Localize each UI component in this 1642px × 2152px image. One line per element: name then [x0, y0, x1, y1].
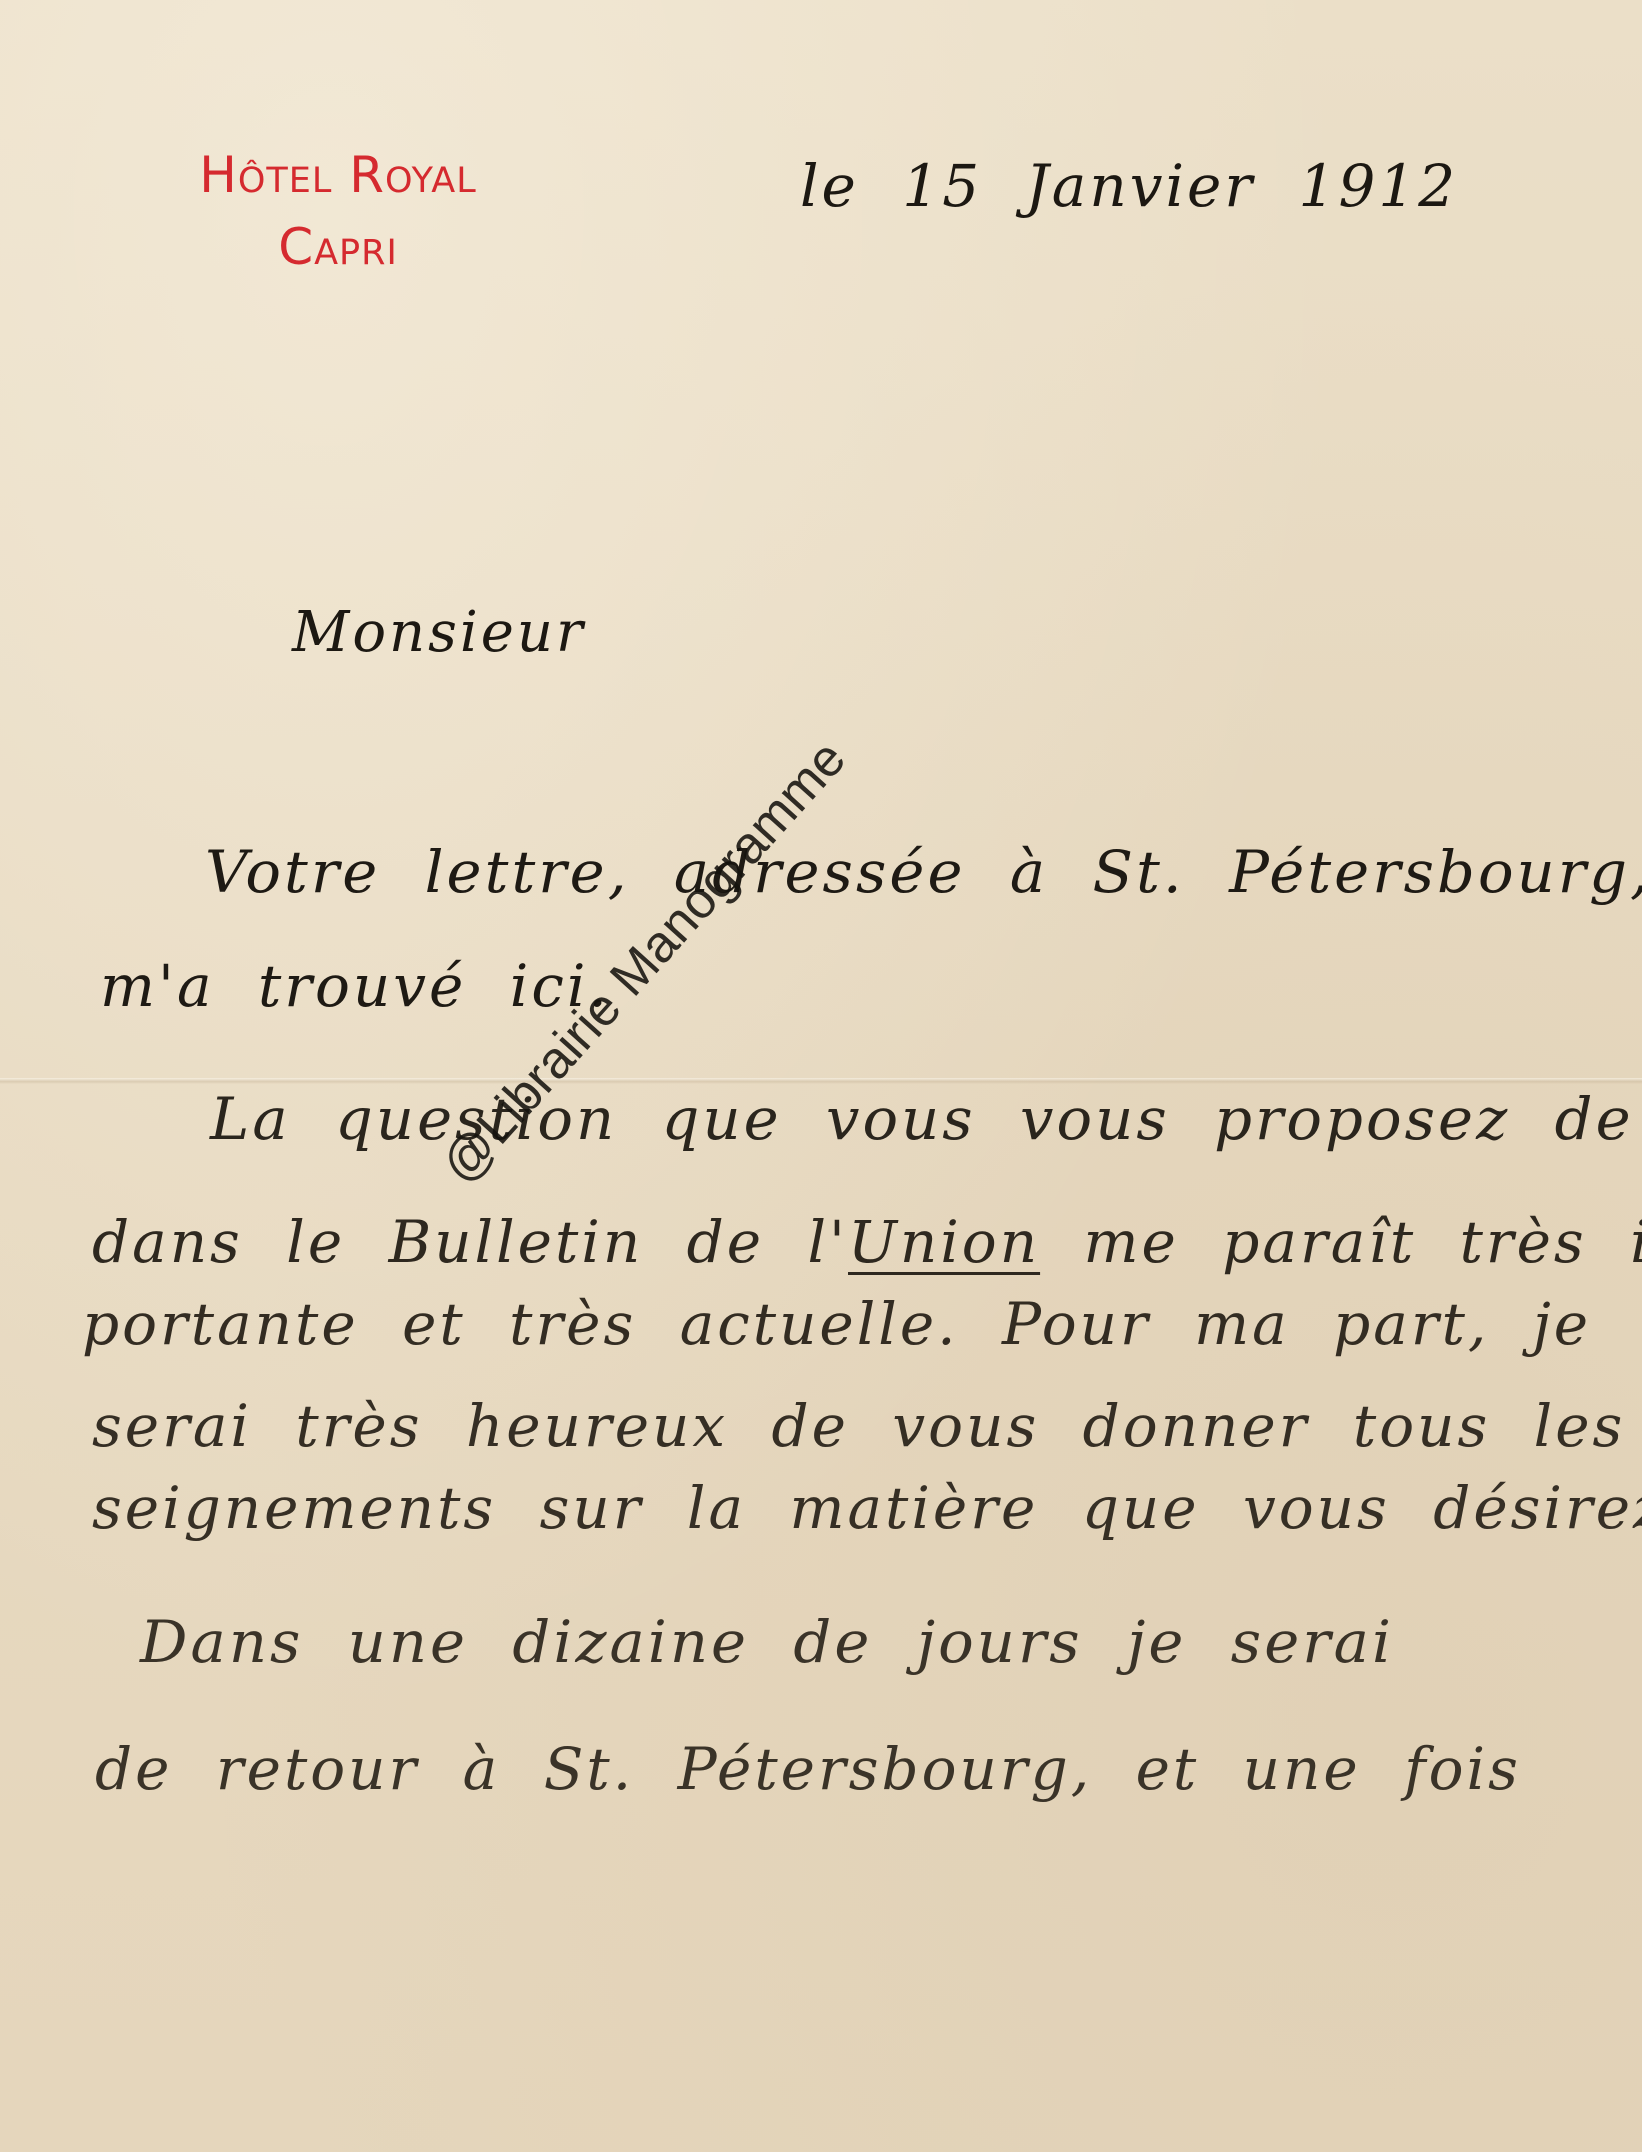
underlined-word: Union: [848, 1208, 1040, 1276]
body-line: portante et très actuelle. Pour ma part,…: [82, 1290, 1591, 1358]
letter-salutation: Monsieur: [292, 600, 586, 665]
letterhead-hotel-name: Hôtel Royal: [118, 150, 558, 200]
body-line: dans le Bulletin de l'Union me paraît tr…: [92, 1208, 1642, 1276]
paper-fold-line: [0, 1078, 1642, 1084]
body-line: Votre lettre, adressée à St. Pétersbourg…: [205, 838, 1642, 906]
body-line: de retour à St. Pétersbourg, et une fois: [95, 1735, 1521, 1803]
body-line: seignements sur la matière que vous dési…: [92, 1474, 1642, 1542]
hotel-letterhead: Hôtel Royal Capri: [118, 150, 558, 272]
letter-date: le 15 Janvier 1912: [800, 152, 1458, 220]
letterhead-location: Capri: [118, 222, 558, 272]
letter-page: Hôtel Royal Capri le 15 Janvier 1912 Mon…: [0, 0, 1642, 2152]
body-line: Dans une dizaine de jours je serai: [140, 1608, 1394, 1676]
body-line: serai très heureux de vous donner tous l…: [92, 1392, 1642, 1460]
body-line: La question que vous vous proposez de di…: [210, 1085, 1642, 1153]
body-line: m'a trouvé ici.: [100, 952, 610, 1020]
body-text: me paraît très im-: [1040, 1208, 1642, 1276]
body-text: dans le Bulletin de l': [92, 1208, 848, 1276]
